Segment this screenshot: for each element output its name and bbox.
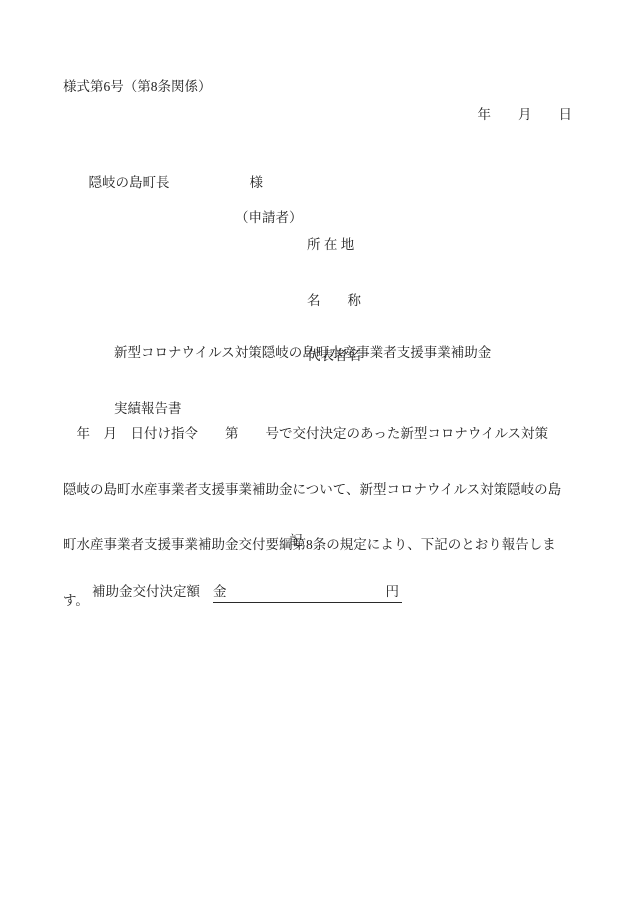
addressee-line: 隠岐の島町長様 (75, 162, 263, 203)
form-number: 様式第6号（第8条関係） (63, 80, 212, 94)
amount-currency-prefix: 金 (213, 585, 227, 599)
body-paragraph-line: 年 月 日付け指令 第 号で交付決定のあった新型コロナウイルス対策 (63, 427, 583, 456)
body-paragraph-line: 隠岐の島町水産事業者支援事業補助金について、新型コロナウイルス対策隠岐の島 (63, 483, 583, 512)
document-page: 様式第6号（第8条関係） 年 月 日 隠岐の島町長様 （申請者） 所 在 地 名… (0, 0, 630, 903)
amount-line: 補助金交付決定額 金 円 (92, 585, 402, 603)
applicant-address-label: 所 在 地 (307, 238, 361, 267)
section-marker-ki: 記 (0, 534, 592, 548)
addressee-honorific: 様 (250, 175, 264, 190)
amount-currency-suffix: 円 (386, 585, 400, 599)
date-placeholder: 年 月 日 (478, 108, 573, 122)
body-paragraph: 年 月 日付け指令 第 号で交付決定のあった新型コロナウイルス対策 隠岐の島町水… (63, 400, 583, 649)
amount-blank-underline: 金 円 (213, 585, 402, 603)
document-title-line1: 新型コロナウイルス対策隠岐の島町水産事業者支援事業補助金 (114, 346, 491, 375)
amount-label: 補助金交付決定額 (92, 585, 200, 599)
applicant-name-label: 名 称 (307, 294, 361, 323)
applicant-label: （申請者） (235, 211, 303, 225)
addressee-name: 隠岐の島町長 (89, 175, 170, 190)
